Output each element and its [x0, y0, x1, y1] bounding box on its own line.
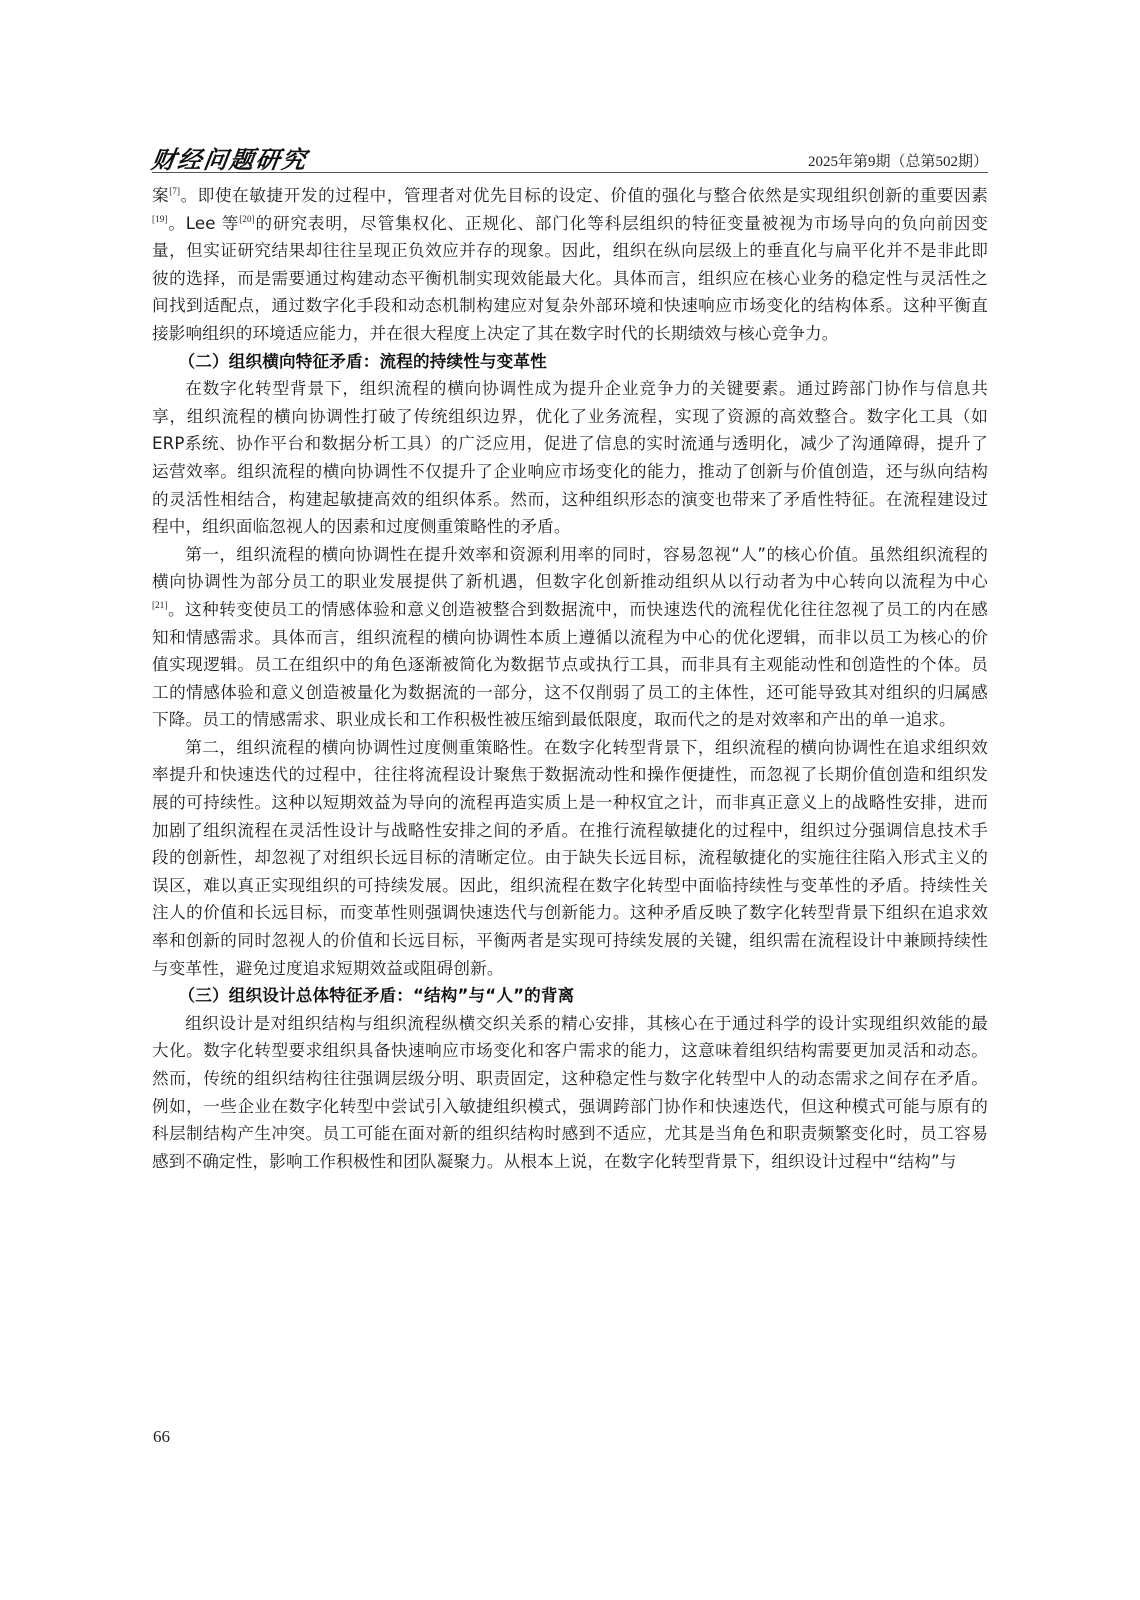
citation-ref: [19]	[152, 214, 168, 224]
running-header: 财经问题研究 2025年第9期（总第502期）	[152, 138, 988, 173]
paragraph-5: 组织设计是对组织结构与组织流程纵横交织关系的精心安排，其核心在于通过科学的设计实…	[152, 1010, 988, 1176]
section-heading-3: （三）组织设计总体特征矛盾：“结构”与“人”的背离	[152, 982, 988, 1010]
section-heading-2: （二）组织横向特征矛盾：流程的持续性与变革性	[152, 348, 988, 376]
paragraph-3: 第一，组织流程的横向协调性在提升效率和资源利用率的同时，容易忽视“人”的核心价值…	[152, 541, 988, 734]
citation-ref: [7]	[169, 186, 180, 196]
paragraph-2: 在数字化转型背景下，组织流程的横向协调性成为提升企业竞争力的关键要素。通过跨部门…	[152, 375, 988, 541]
paragraph-1: 案[7]。即使在敏捷开发的过程中，管理者对优先目标的设定、价值的强化与整合依然是…	[152, 182, 988, 348]
citation-ref: [21]	[152, 600, 168, 610]
journal-logo: 财经问题研究	[150, 140, 311, 175]
issue-info: 2025年第9期（总第502期）	[808, 150, 988, 171]
page-number: 66	[153, 1427, 170, 1447]
article-body: 案[7]。即使在敏捷开发的过程中，管理者对优先目标的设定、价值的强化与整合依然是…	[152, 182, 988, 1175]
paragraph-4: 第二，组织流程的横向协调性过度侧重策略性。在数字化转型背景下，组织流程的横向协调…	[152, 734, 988, 982]
citation-ref: [20]	[239, 214, 255, 224]
